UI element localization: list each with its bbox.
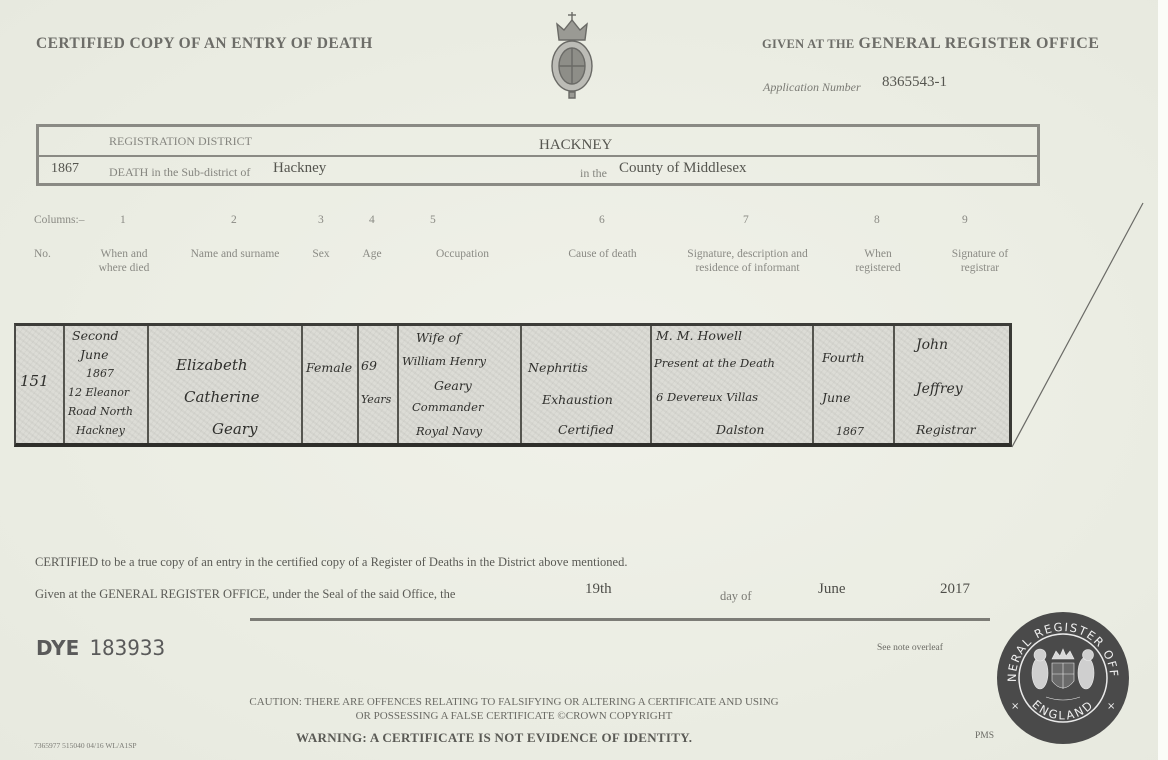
death-entry-row: 151 Second June 1867 12 Eleanor Road Nor… [14,323,1012,447]
header-cause: Cause of death [555,247,650,261]
columns-label: Columns:– [34,214,84,226]
box-divider [39,155,1037,157]
entry-when-where-5: Hackney [76,421,125,440]
county-prefix: in the [580,166,607,181]
subdistrict: Hackney [273,160,326,177]
day-of-label: day of [720,589,752,604]
entry-age-0: 69 [361,356,377,375]
office-prefix: GIVEN AT THE [762,37,855,51]
column-number-6: 6 [599,214,605,226]
strike-through-line [1010,200,1150,450]
entry-name-1: Catherine [184,388,260,407]
svg-text:×: × [1011,701,1019,712]
entry-occupation-4: Royal Navy [416,422,482,441]
entry-when-where-0: Second [72,326,119,345]
registration-district-box: REGISTRATION DISTRICT HACKNEY 1867 DEATH… [36,124,1040,186]
entry-occupation-2: Geary [434,376,472,395]
entry-registrar-2: Registrar [916,420,976,439]
registration-district-label: REGISTRATION DISTRICT [109,134,252,149]
office-heading: GIVEN AT THE GENERAL REGISTER OFFICE [762,35,1099,53]
serial-digits: 183933 [89,636,165,660]
column-number-3: 3 [318,214,324,226]
entry-informant-0: M. M. Howell [656,326,742,345]
entry-cause-2: Certified [558,420,614,439]
header-informant: Signature, description and residence of … [675,247,820,275]
serial-number: DYE183933 [36,636,165,660]
application-number: 8365543-1 [882,74,947,91]
certificate-title: CERTIFIED COPY OF AN ENTRY OF DEATH [36,35,373,53]
entry-registrar-1: Jeffrey [916,380,963,399]
entry-informant-2: 6 Devereux Villas [656,388,758,407]
given-at-statement: Given at the GENERAL REGISTER OFFICE, un… [35,587,455,602]
subdistrict-label: DEATH in the Sub-district of [109,165,250,180]
column-number-1: 1 [120,214,126,226]
serial-prefix: DYE [36,636,79,660]
entry-when-where-4: Road North [68,402,133,421]
column-divider [650,326,652,443]
entry-registered-0: Fourth [822,348,865,367]
header-when-registered: When registered [845,247,911,275]
entry-informant-1: Present at the Death [654,354,775,373]
entry-name-2: Geary [212,420,257,439]
entry-cause-1: Exhaustion [542,390,613,409]
entry-age-1: Years [361,390,391,409]
entry-number: 151 [20,372,49,391]
entry-when-where-1: June [80,345,109,364]
column-number-7: 7 [743,214,749,226]
entry-name-0: Elizabeth [176,356,248,375]
header-when-where: When and where died [88,247,160,275]
column-divider [812,326,814,443]
header-age: Age [355,247,389,261]
scan-edge [1158,0,1168,760]
column-number-9: 9 [962,214,968,226]
print-code: 7365977 515040 04/16 WL/A1SP [34,741,137,750]
certification-statement: CERTIFIED to be a true copy of an entry … [35,555,627,570]
column-number-8: 8 [874,214,880,226]
see-note-overleaf: See note overleaf [877,643,943,653]
entry-registered-1: June [822,388,851,407]
column-divider [301,326,303,443]
registration-district: HACKNEY [539,137,612,154]
certification-month: June [818,581,846,598]
column-divider [357,326,359,443]
entry-occupation-1: William Henry [402,352,486,371]
column-divider [63,326,65,443]
certificate-page: CERTIFIED COPY OF AN ENTRY OF DEATH GIVE… [0,0,1158,760]
entry-cause-0: Nephritis [528,358,588,377]
column-divider [147,326,149,443]
column-divider [520,326,522,443]
column-number-4: 4 [369,214,375,226]
column-divider [397,326,399,443]
entry-registrar-0: John [916,336,948,355]
header-sex: Sex [306,247,336,261]
svg-text:×: × [1107,701,1115,712]
identity-warning: WARNING: A CERTIFICATE IS NOT EVIDENCE O… [296,730,692,746]
general-register-office-seal-icon: GENERAL REGISTER OFFICE ENGLAND × × [996,611,1130,745]
county: County of Middlesex [619,160,747,177]
column-number-5: 5 [430,214,436,226]
certification-day: 19th [585,581,612,598]
signature-rule [250,618,990,621]
office-name: GENERAL REGISTER OFFICE [859,35,1100,52]
column-divider [893,326,895,443]
entry-when-where-2: 1867 [86,364,114,383]
pms-label: PMS [975,731,994,741]
death-year: 1867 [51,161,79,177]
entry-informant-3: Dalston [716,420,765,439]
entry-when-where-3: 12 Eleanor [68,383,129,402]
entry-sex: Female [306,358,352,377]
caution-notice: CAUTION: THERE ARE OFFENCES RELATING TO … [244,695,784,723]
royal-crest-icon [547,10,597,102]
entry-registered-2: 1867 [836,422,864,441]
entry-occupation-0: Wife of [416,328,461,347]
application-number-label: Application Number [763,80,861,95]
header-no: No. [34,247,64,261]
header-name: Name and surname [180,247,290,261]
certification-year: 2017 [940,581,970,598]
entry-occupation-3: Commander [412,398,483,417]
header-occupation: Occupation [415,247,510,261]
column-number-2: 2 [231,214,237,226]
